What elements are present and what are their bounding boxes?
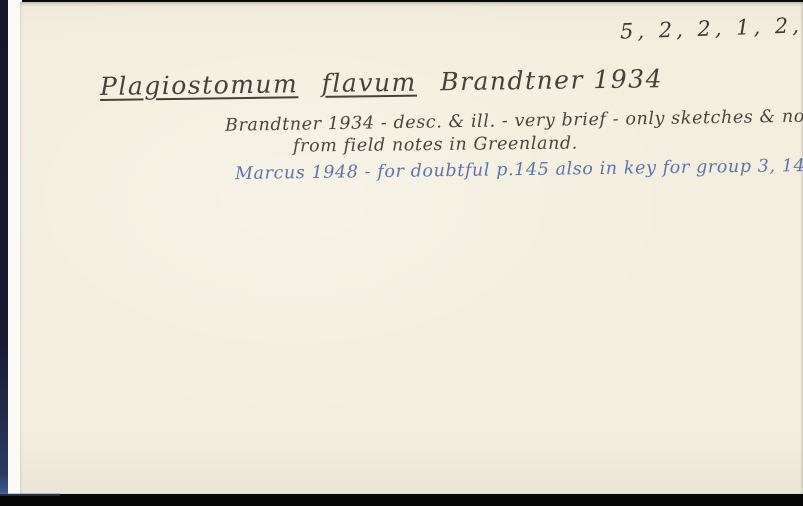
scan-bottom-left-glint <box>0 493 60 496</box>
note-line-1: Brandtner 1934 - desc. & ill. - very bri… <box>225 106 803 136</box>
index-card: 5, 2, 2, 1, 2, 4 Plagiostomum flavum Bra… <box>20 2 803 494</box>
note-line-3-blue-ink: Marcus 1948 - for doubtful p.145 also in… <box>235 156 803 184</box>
author-year: Brandtner 1934 <box>440 64 663 96</box>
scanned-index-card: 5, 2, 2, 1, 2, 4 Plagiostomum flavum Bra… <box>0 0 803 506</box>
species-title: Plagiostomum flavum Brandtner 1934 <box>100 64 677 101</box>
genus-name: Plagiostomum <box>100 69 299 101</box>
scan-left-edge-strip <box>0 0 8 494</box>
catalog-number: 5, 2, 2, 1, 2, 4 <box>620 12 803 43</box>
note-line-2: from field notes in Greenland. <box>293 134 578 157</box>
scan-bottom-edge-strip <box>0 494 803 506</box>
species-name: flavum <box>321 68 416 98</box>
